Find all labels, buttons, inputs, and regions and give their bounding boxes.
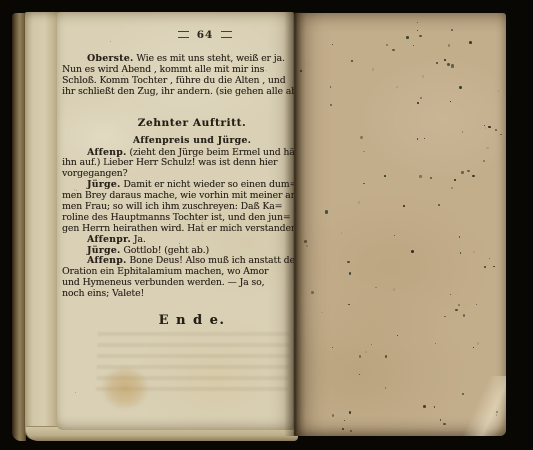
foxing-spot xyxy=(488,126,491,129)
foxing-spot xyxy=(460,252,461,253)
foxing-spot xyxy=(467,170,470,173)
foxing-spot xyxy=(462,131,463,132)
foxing-spot xyxy=(451,187,453,189)
foxing-spot xyxy=(484,125,485,126)
foxing-spot xyxy=(417,102,419,104)
foxing-spot xyxy=(330,86,331,87)
foxing-spot xyxy=(413,45,414,46)
text-line: ihr schließt den Zug, ihr andern. (sie g… xyxy=(62,87,294,98)
foxing-spot xyxy=(440,419,441,420)
foxing-spot xyxy=(385,387,387,389)
line-text: Oration ein Ephitalamium machen, wo Amor xyxy=(62,266,268,277)
foxing-spot xyxy=(495,129,497,132)
page-highlight xyxy=(436,376,506,436)
page-number: 64 xyxy=(197,29,214,41)
foxing-spot xyxy=(419,175,421,178)
ende-label: E n d e. xyxy=(62,313,294,329)
foxing-spot xyxy=(493,266,495,268)
foxing-spot xyxy=(477,342,479,345)
line-text: roline des Hauptmanns Tochter ist, und d… xyxy=(62,212,291,223)
foxing-spot xyxy=(344,420,345,421)
line-text: vorgegangen? xyxy=(62,168,127,179)
foxing-spot xyxy=(406,36,409,39)
foxing-spot xyxy=(325,210,328,213)
foxing-spot xyxy=(485,127,486,129)
foxing-spot xyxy=(461,171,464,174)
foxing-spot xyxy=(459,86,462,89)
foxing-spot xyxy=(365,351,367,354)
foxing-spot xyxy=(384,175,386,177)
text-block: Oberste. Wie es mit uns steht, weiß er j… xyxy=(62,54,294,329)
foxing-spot xyxy=(417,138,418,139)
foxing-spot xyxy=(397,335,399,336)
foxing-spot xyxy=(483,160,485,162)
foxing-spot xyxy=(359,355,361,358)
speaker-name: Jürge. xyxy=(87,245,121,256)
foxing-spot xyxy=(462,393,464,395)
foxing-spot xyxy=(498,90,500,92)
foxing-spot xyxy=(74,189,75,190)
foxing-spot xyxy=(392,49,394,51)
foxing-spot xyxy=(411,250,414,253)
foxing-spot xyxy=(469,41,472,44)
text-line: noch eins; Valete! xyxy=(62,289,294,300)
foxing-spot xyxy=(179,209,180,210)
foxing-spot xyxy=(309,63,310,65)
right-page xyxy=(294,13,506,436)
foxing-spot xyxy=(463,314,466,317)
speaker-name: Oberste. xyxy=(87,53,134,64)
foxing-spot xyxy=(304,240,307,243)
foxing-spot xyxy=(417,30,418,31)
foxing-spot xyxy=(359,374,360,376)
foxing-spot xyxy=(434,406,436,408)
left-page: 64 Oberste. Wie es mit uns steht, weiß e… xyxy=(57,12,294,430)
foxing-spot xyxy=(341,232,342,234)
foxing-spot xyxy=(496,414,497,415)
foxing-spot xyxy=(473,347,474,348)
foxing-spot xyxy=(419,35,422,37)
foxing-spot xyxy=(363,151,364,152)
foxing-spot xyxy=(489,258,490,259)
foxing-spot xyxy=(443,423,446,426)
foxing-spot xyxy=(350,430,352,432)
foxing-spot xyxy=(394,235,395,236)
foxing-spot xyxy=(393,288,396,291)
foxing-spot xyxy=(444,59,446,61)
foxing-spot xyxy=(321,312,322,313)
line-text: men Frau; so will ich ihm zuschreyen: Da… xyxy=(62,201,282,212)
foxing-spot xyxy=(423,405,426,409)
foxing-spot xyxy=(438,204,440,206)
speaker-name: Affenpr. xyxy=(87,234,131,245)
foxing-spot xyxy=(349,411,352,414)
foxing-spot xyxy=(484,266,485,267)
line-text: (zieht den Jürge beim Ermel und hält xyxy=(127,147,294,158)
foxing-spot xyxy=(424,138,425,140)
line-text: gen Herrn heirathen wird. Hat er mich ve… xyxy=(62,223,294,234)
foxing-spot xyxy=(403,205,405,207)
foxing-spot xyxy=(349,272,351,275)
line-text: Nun es wird Abend , kommt alle mit mir i… xyxy=(62,64,264,75)
foxing-spot xyxy=(458,304,460,306)
foxing-spot xyxy=(430,177,432,178)
foxing-spot xyxy=(372,68,374,71)
foxing-spot xyxy=(306,245,308,247)
foxing-spot xyxy=(472,175,475,178)
foxing-spot xyxy=(448,44,450,47)
speaker-name: Affenp. xyxy=(87,255,127,266)
foxing-spot xyxy=(347,261,350,263)
book-cover-edge xyxy=(12,13,26,441)
page-stack-fore-edge xyxy=(25,12,59,440)
line-text: ihr schließt den Zug, ihr andern. (sie g… xyxy=(62,86,294,97)
foxing-spot xyxy=(396,86,398,88)
foxing-spot xyxy=(332,44,333,45)
line-text: Damit er nicht wieder so einen dum= xyxy=(121,179,294,190)
foxing-spot xyxy=(110,41,111,42)
speaker-name: Jürge. xyxy=(87,179,121,190)
foxing-spot xyxy=(385,355,387,357)
foxing-spot xyxy=(455,309,457,312)
line-text: und Hymeneus verbunden werden. — Ja so, xyxy=(62,277,264,288)
line-text: Schloß. Komm Tochter , führe du die Alte… xyxy=(62,75,286,86)
scene-characters: Affenpreis und Jürge. xyxy=(62,134,294,148)
foxing-spot xyxy=(332,414,334,417)
foxing-spot xyxy=(459,236,460,237)
foxing-spot xyxy=(360,136,363,139)
scene-heading: Zehnter Auftritt. xyxy=(62,112,294,134)
foxing-spot xyxy=(123,75,124,76)
foxing-spot xyxy=(311,291,314,294)
foxing-spot xyxy=(486,147,488,149)
foxing-spot xyxy=(75,392,76,393)
foxing-spot xyxy=(375,287,377,288)
foxing-spot xyxy=(76,190,77,191)
foxing-spot xyxy=(89,283,90,284)
foxing-spot xyxy=(476,304,477,305)
foxing-spot xyxy=(500,134,501,135)
line-text: Bone Deus! Also muß ich anstatt der xyxy=(127,255,294,266)
speaker-name: Affenp. xyxy=(87,147,127,158)
stain-blot xyxy=(101,366,149,410)
foxing-spot xyxy=(202,222,203,223)
double-dash-ornament xyxy=(221,31,232,38)
foxing-spot xyxy=(417,22,418,23)
foxing-spot xyxy=(330,104,332,106)
foxing-spot xyxy=(435,343,437,344)
foxing-spot xyxy=(252,152,253,153)
foxing-spot xyxy=(450,101,451,102)
foxing-spot xyxy=(420,97,422,99)
foxing-spot xyxy=(332,347,333,348)
foxing-spot xyxy=(342,428,344,430)
foxing-spot xyxy=(451,29,453,31)
foxing-spot xyxy=(300,70,302,71)
foxing-spot xyxy=(473,251,475,253)
line-text: Ja. xyxy=(131,234,146,245)
line-text: noch eins; Valete! xyxy=(62,288,144,299)
double-dash-ornament xyxy=(178,31,189,38)
line-text: men Brey daraus mache, wie vorhin mit me… xyxy=(62,190,294,201)
foxing-spot xyxy=(348,304,350,306)
foxing-spot xyxy=(363,183,365,185)
foxing-spot xyxy=(386,44,388,46)
foxing-spot xyxy=(454,179,456,181)
foxing-spot xyxy=(451,64,453,67)
foxing-spot xyxy=(436,62,438,64)
foxing-spot xyxy=(496,411,498,413)
foxing-spot xyxy=(371,344,372,345)
line-text: ihn auf.) Lieber Herr Schulz! was ist de… xyxy=(62,157,277,168)
foxing-spot xyxy=(358,201,360,204)
book-scan: 64 Oberste. Wie es mit uns steht, weiß e… xyxy=(0,0,533,450)
foxing-spot xyxy=(444,316,446,317)
page-number-row: 64 xyxy=(62,29,294,41)
foxing-spot xyxy=(447,63,450,66)
foxing-spot xyxy=(450,294,451,295)
line-text: Wie es mit uns steht, weiß er ja. xyxy=(134,53,285,64)
line-text: Gottlob! (geht ab.) xyxy=(121,245,210,256)
foxing-spot xyxy=(351,60,353,62)
foxing-spot xyxy=(422,75,424,77)
